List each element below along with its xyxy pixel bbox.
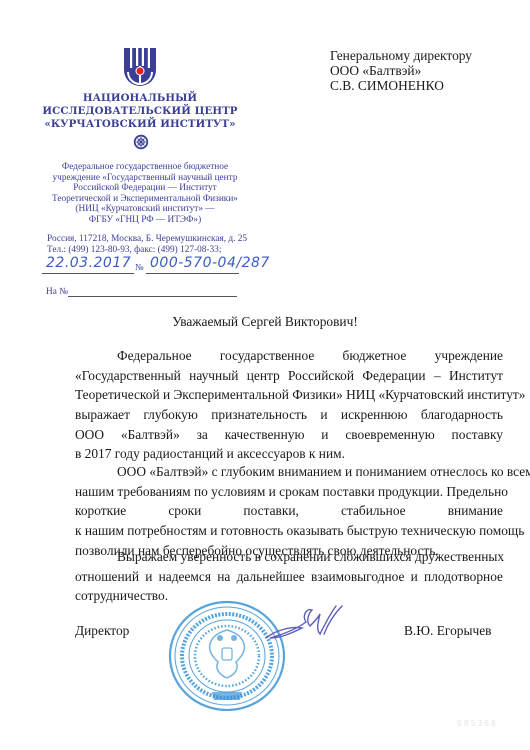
addressee-company: ООО «Балтвэй» — [330, 63, 472, 78]
institute-subtitle-line-4: Теоретической и Экспериментальной Физики… — [40, 194, 250, 205]
institute-name-line-2: ИССЛЕДОВАТЕЛЬСКИЙ ЦЕНТР — [40, 105, 240, 118]
signatory-position: Директор — [75, 623, 129, 639]
number-underline — [146, 273, 239, 274]
paragraph-line: выражает глубокую признательность и искр… — [75, 405, 503, 425]
signatory-name: В.Ю. Егорычев — [404, 623, 491, 639]
date-underline — [42, 273, 134, 274]
institute-subtitle-line-2: учреждение «Государственный научный цент… — [40, 173, 250, 184]
paragraph-line: Федеральное государственное бюджетное уч… — [75, 346, 503, 366]
paragraph-line: «Государственный научный центр Российско… — [75, 366, 503, 386]
paragraph-line: к нашим потребностям и готовность оказыв… — [75, 521, 503, 541]
paragraph-2: ООО «Балтвэй» с глубоким вниманием и пон… — [75, 462, 503, 560]
document-serial-number: 085368 — [457, 719, 498, 728]
addressee-name: С.В. СИМОНЕНКО — [330, 78, 472, 93]
institute-subtitle-line-5: (НИЦ «Курчатовский институт» — — [40, 204, 250, 215]
letter-date: 22.03.2017 — [46, 255, 131, 271]
paragraph-line: ООО «Балтвэй» с глубоким вниманием и пон… — [75, 462, 503, 482]
reference-underline — [68, 296, 237, 297]
paragraph-line: Теоретической и Экспериментальной Физики… — [75, 385, 503, 405]
paragraph-3: Выражаем уверенность в сохранении сложив… — [75, 547, 503, 606]
institute-subtitle-line-6: ФГБУ «ГНЦ РФ — ИТЭФ») — [40, 215, 250, 226]
kurchatov-logo-icon — [122, 46, 158, 88]
paragraph-line: Выражаем уверенность в сохранении сложив… — [75, 547, 503, 567]
paragraph-line: короткие сроки поставки, стабильное вним… — [75, 501, 503, 521]
institute-name-line-1: НАЦИОНАЛЬНЫЙ — [40, 92, 240, 105]
reference-label: На № — [46, 287, 68, 297]
institute-subtitle-line-1: Федеральное государственное бюджетное — [40, 162, 250, 173]
handwritten-signature-icon — [262, 604, 344, 642]
paragraph-1: Федеральное государственное бюджетное уч… — [75, 346, 503, 464]
number-label: № — [135, 262, 144, 272]
paragraph-line: отношений и надеемся на дальнейшее взаим… — [75, 567, 503, 587]
institute-name-line-3: «КУРЧАТОВСКИЙ ИНСТИТУТ» — [40, 118, 240, 131]
greeting: Уважаемый Сергей Викторович! — [0, 314, 530, 330]
institute-address: Россия, 117218, Москва, Б. Черемушкинска… — [47, 234, 247, 245]
addressee-block: Генеральному директору ООО «Балтвэй» С.В… — [330, 48, 472, 93]
itep-emblem-icon — [133, 134, 149, 150]
paragraph-line: нашим требованиям по условиям и срокам п… — [75, 482, 503, 502]
institute-subtitle-line-3: Российской Федерации — Институт — [40, 183, 250, 194]
institute-phone-fax: Тел.: (499) 123-80-93, факс: (499) 127-0… — [47, 245, 221, 256]
paragraph-line: ООО «Балтвэй» за качественную и своеврем… — [75, 425, 503, 445]
letter-number: 000-570-04/287 — [150, 255, 270, 271]
addressee-position: Генеральному директору — [330, 48, 472, 63]
